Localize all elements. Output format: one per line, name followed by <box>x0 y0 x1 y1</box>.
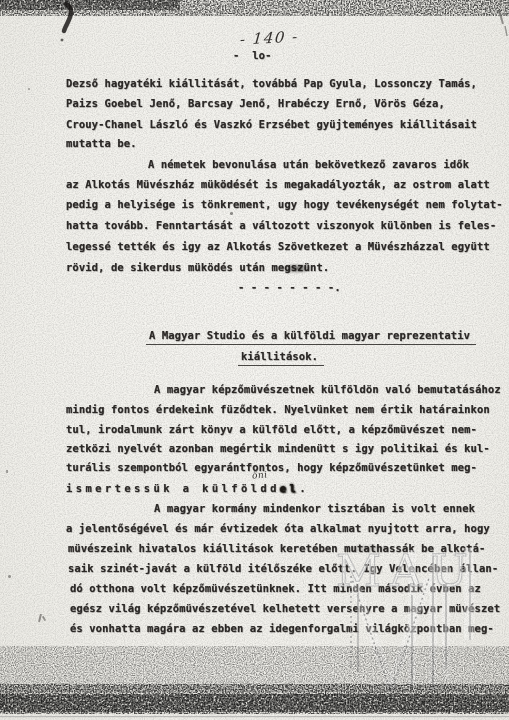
margin-pencil-mark <box>38 614 42 622</box>
typed-line-corrected: ismertessük a külfölddel. <box>66 483 309 496</box>
typed-line: a jelentőségével és már évtizedek óta al… <box>66 523 490 536</box>
typed-line: és vonhatta magára az ebben az idegenfor… <box>70 623 494 636</box>
typed-line: A németek bevonulása után bekövetkező za… <box>148 159 469 172</box>
typed-line: Dezső hagyatéki kiállitását, továbbá Pap… <box>66 78 477 91</box>
margin-dot <box>6 470 8 473</box>
top-noise-band <box>0 0 509 16</box>
heading-line: kiállitások. <box>238 351 324 366</box>
typed-line: saik szinét-javát a külföld itélőszéke e… <box>68 563 498 576</box>
typed-line: az Alkotás Müvészház müködését is megaka… <box>66 179 490 192</box>
typed-line: tul, irodalmunk zárt könyv a külföld elő… <box>66 424 477 437</box>
margin-dot <box>8 575 11 578</box>
typed-line: A magyar képzőmüvészetnek külföldön való… <box>154 384 501 397</box>
typed-line: rövid, de sikerdus müködés után megszünt… <box>66 262 329 275</box>
scanned-document-page: - 140 - - lo- Dezső hagyatéki kiállitásá… <box>0 0 509 720</box>
typed-page-number: - lo- <box>233 50 272 63</box>
corner-mark <box>505 26 507 36</box>
overstruck-text: el <box>280 483 299 495</box>
margin-dot <box>28 88 30 90</box>
typed-line: egész világ képzőmüvészetével kelhetett … <box>70 603 500 616</box>
scan-edge-line <box>0 716 509 717</box>
ink-blot <box>64 4 71 31</box>
typed-line: turális szempontból egyarántfontos, hogy… <box>66 462 477 475</box>
typed-text: . <box>299 483 309 495</box>
section-heading: kiállitások. <box>238 351 324 364</box>
typed-line: zetközi nyelvét azonban megértik mindenü… <box>66 443 490 456</box>
top-noise-cluster <box>0 0 180 10</box>
typed-line: A magyar kormány mindenkor tisztában is … <box>154 503 475 516</box>
dashed-separator: - - - - - - - -. <box>238 282 341 295</box>
handwritten-correction: öni <box>252 470 268 481</box>
typed-text: ismertessük a külföldd <box>66 483 280 495</box>
handwritten-page-number: - 140 - <box>239 27 299 48</box>
typed-line: Paizs Goebel Jenő, Barcsay Jenő, Hrabécz… <box>66 98 445 111</box>
typed-line: legessé tették és igy az Alkotás Szövetk… <box>66 241 490 254</box>
typed-line: müvészeink hivatalos kiállitások keretéb… <box>68 543 485 556</box>
typed-line: mutatta be. <box>66 138 137 151</box>
margin-pencil-mark <box>42 616 46 621</box>
heading-line: A Magyar Studio és a külföldi magyar rep… <box>146 330 476 345</box>
typed-line: Crouy-Chanel László és Vaszkó Erzsébet g… <box>66 119 477 132</box>
typed-line: dó otthona volt képzőmüvészetünknek. Itt… <box>70 583 481 596</box>
typed-line: mindig fontos érdekeink füződtek. Nyelvü… <box>66 404 490 417</box>
stray-dot <box>230 212 233 215</box>
section-heading: A Magyar Studio és a külföldi magyar rep… <box>146 330 476 343</box>
ink-dot <box>61 39 64 42</box>
typed-line: hatta tovább. Fenntartását a változott v… <box>66 220 496 233</box>
typed-line: pedig a helyisége is tönkrement, ugy hog… <box>66 199 503 212</box>
corner-mark <box>499 10 503 24</box>
bottom-noise-band <box>0 684 509 714</box>
bottom-noise-fade <box>0 646 509 692</box>
bottom-noise-dense <box>0 694 509 712</box>
